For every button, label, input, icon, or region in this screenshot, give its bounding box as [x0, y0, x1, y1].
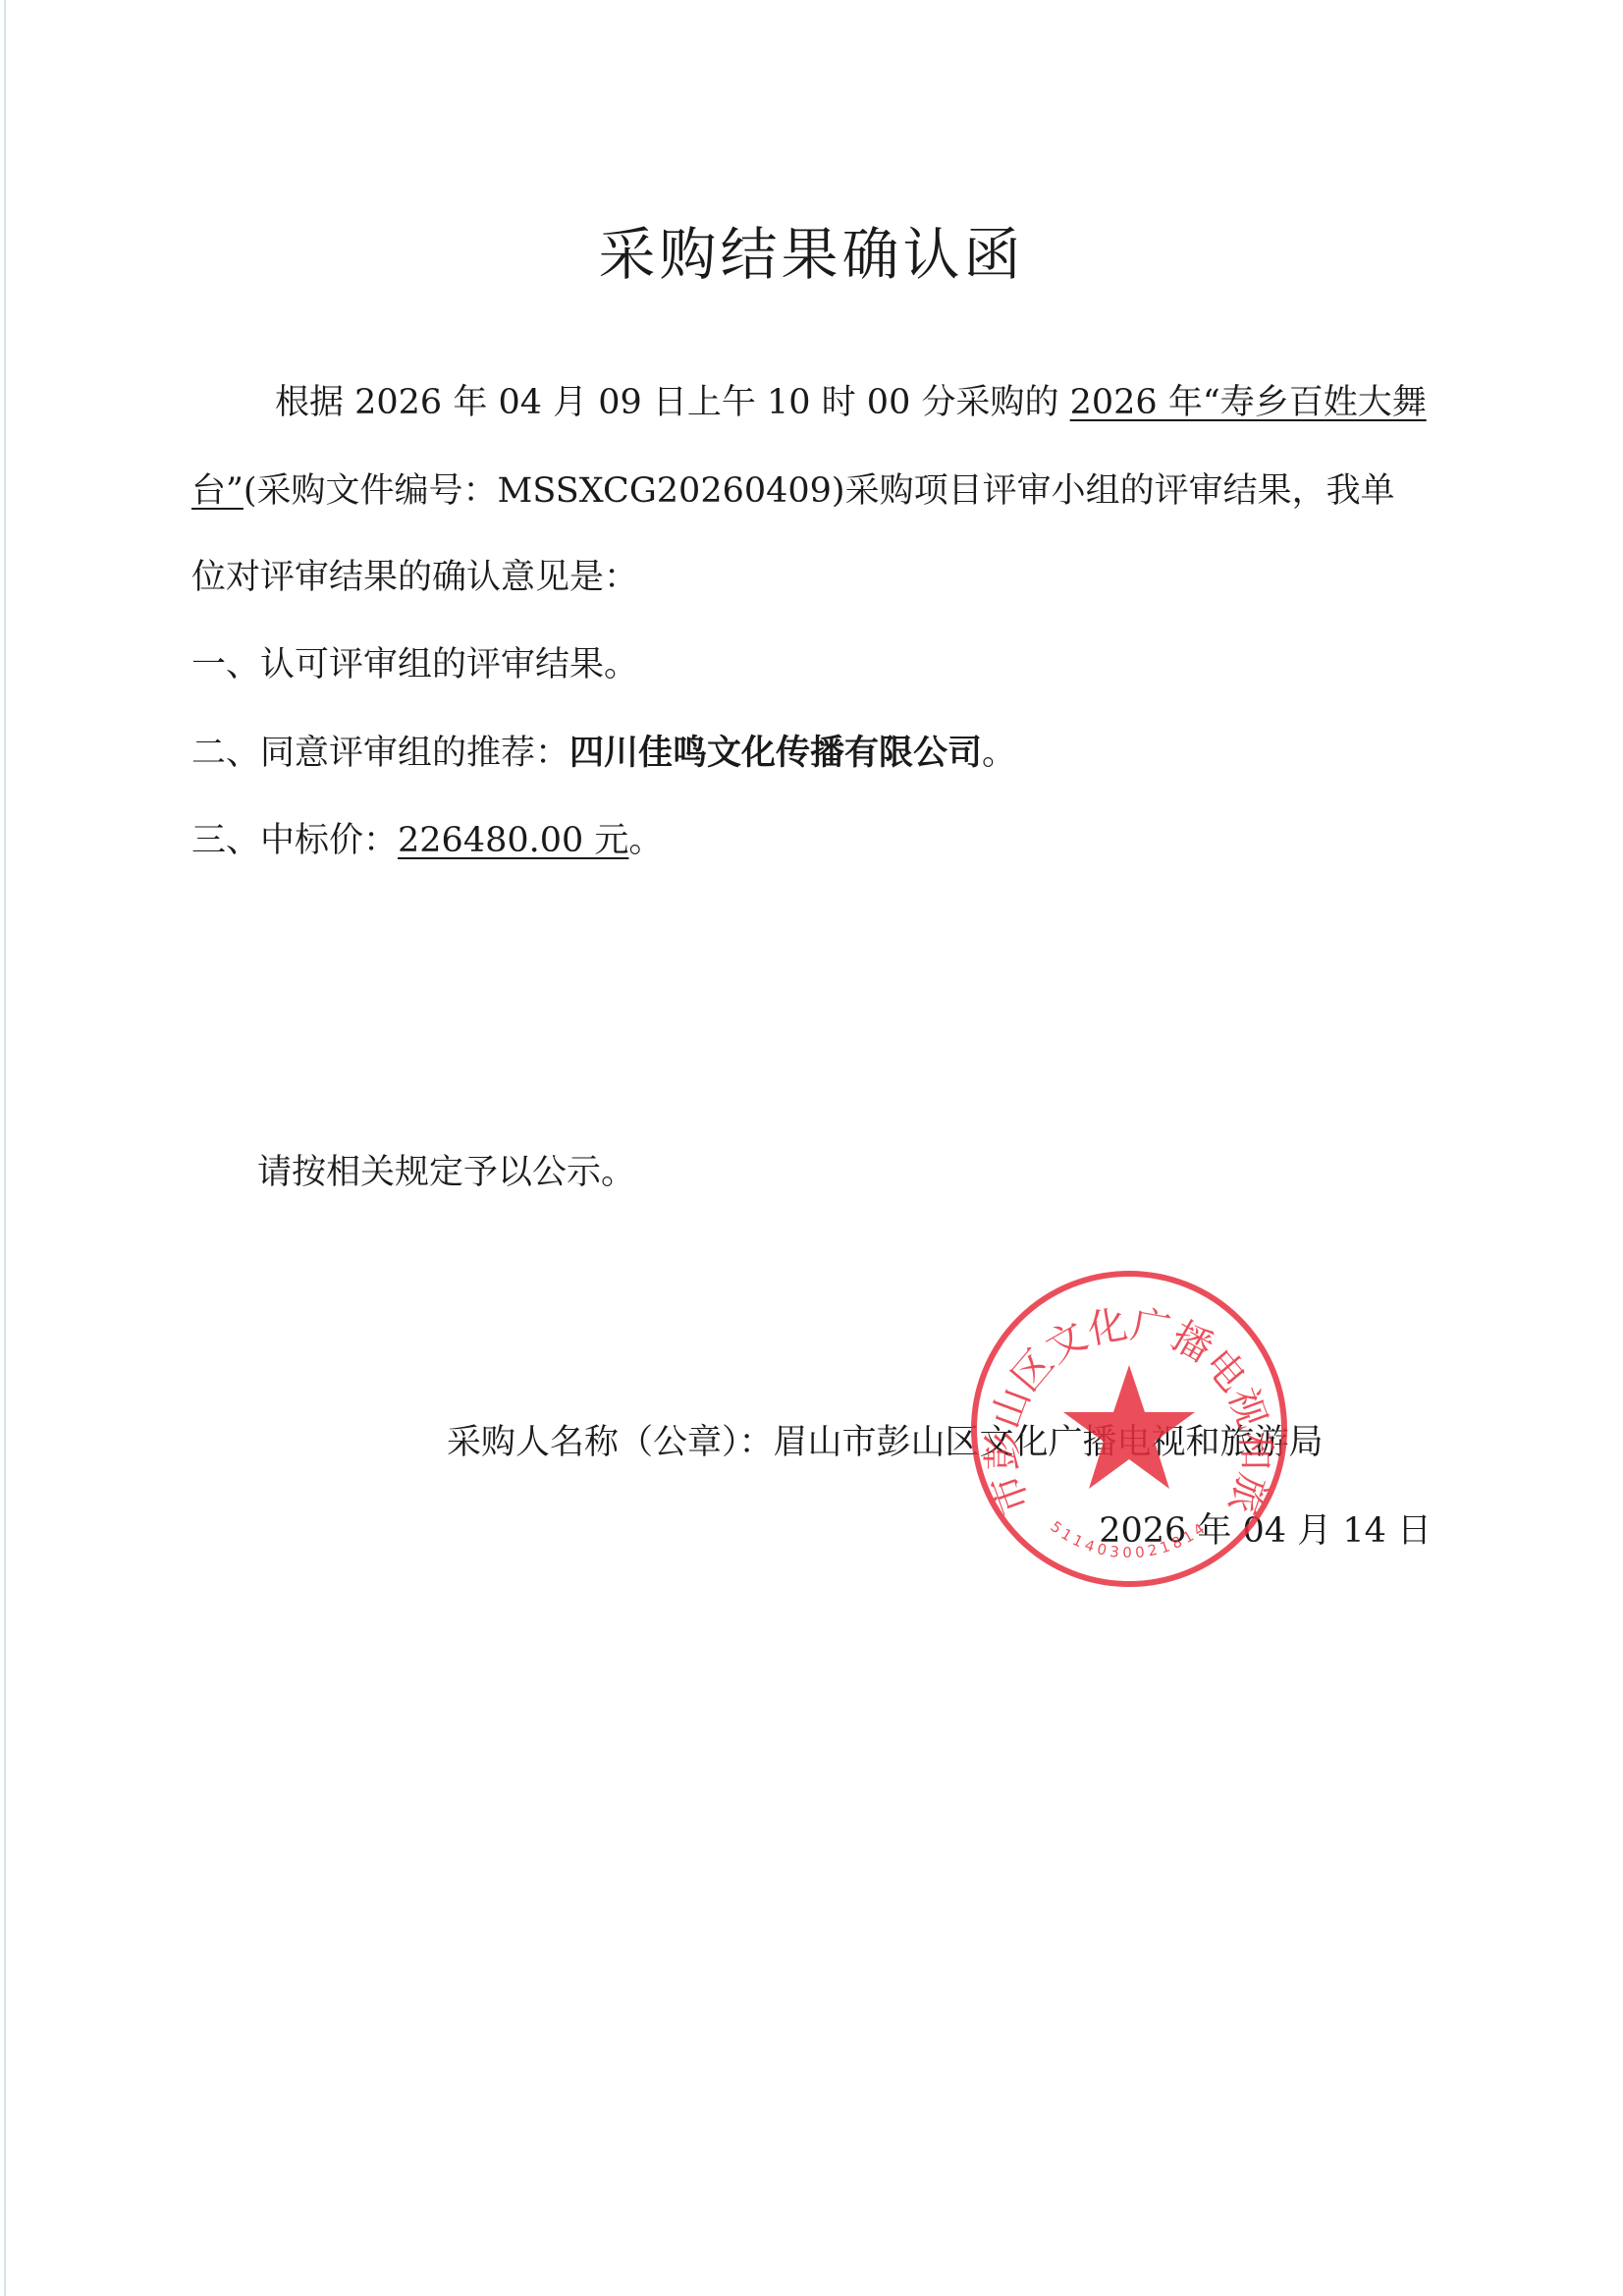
signature-line: 采购人名称（公章）：眉山市彭山区文化广播电视和旅游局 — [447, 1421, 1324, 1464]
purchaser-name: 眉山市彭山区文化广播电视和旅游局 — [774, 1423, 1324, 1462]
signature-date: 2026 年 04 月 14 日 — [1099, 1509, 1432, 1553]
opinion-item-3-label: 三、中标价： — [191, 821, 398, 860]
signature-date-text: 2026 年 04 月 14 日 — [1099, 1511, 1432, 1551]
publication-notice-text: 请按相关规定予以公示。 — [257, 1153, 635, 1192]
scan-edge-line — [4, 0, 6, 2296]
opinion-item-1-text: 一、认可评审组的评审结果。 — [191, 645, 638, 684]
procurement-file-number-text: (采购文件编号：MSSXCG20260409)采购项目评审小组的评审结果，我单 — [243, 471, 1395, 511]
page-title: 采购结果确认函 — [0, 208, 1623, 291]
recommended-supplier: 四川佳鸣文化传播有限公司 — [569, 733, 982, 773]
signature-label: 采购人名称（公章）： — [447, 1423, 774, 1462]
publication-notice: 请按相关规定予以公示。 — [257, 1151, 635, 1194]
project-name-part-1: 2026 年“寿乡百姓大舞 — [1070, 383, 1427, 422]
paragraph-line-1: 根据 2026 年 04 月 09 日上午 10 时 00 分采购的 2026 … — [275, 381, 1427, 424]
opinion-item-2-label: 二、同意评审组的推荐： — [191, 734, 569, 773]
opinion-item-2-suffix: 。 — [982, 734, 1016, 773]
confirmation-opinion-text: 位对评审结果的确认意见是： — [191, 558, 638, 597]
paragraph-intro-text: 根据 2026 年 04 月 09 日上午 10 时 00 分采购的 — [275, 383, 1058, 422]
opinion-item-2: 二、同意评审组的推荐：四川佳鸣文化传播有限公司。 — [191, 732, 1016, 775]
opinion-item-3-suffix: 。 — [628, 821, 663, 860]
opinion-item-3: 三、中标价：226480.00 元。 — [191, 819, 663, 862]
project-name-part-2: 台” — [191, 471, 243, 511]
paragraph-line-2: 台”(采购文件编号：MSSXCG20260409)采购项目评审小组的评审结果，我… — [191, 469, 1395, 513]
seal-text: 眉山市彭山区文化广播电视和旅游局 — [967, 1267, 1277, 1520]
opinion-item-1: 一、认可评审组的评审结果。 — [191, 643, 638, 686]
paragraph-line-3: 位对评审结果的确认意见是： — [191, 556, 638, 599]
winning-bid-price: 226480.00 元 — [398, 821, 628, 860]
